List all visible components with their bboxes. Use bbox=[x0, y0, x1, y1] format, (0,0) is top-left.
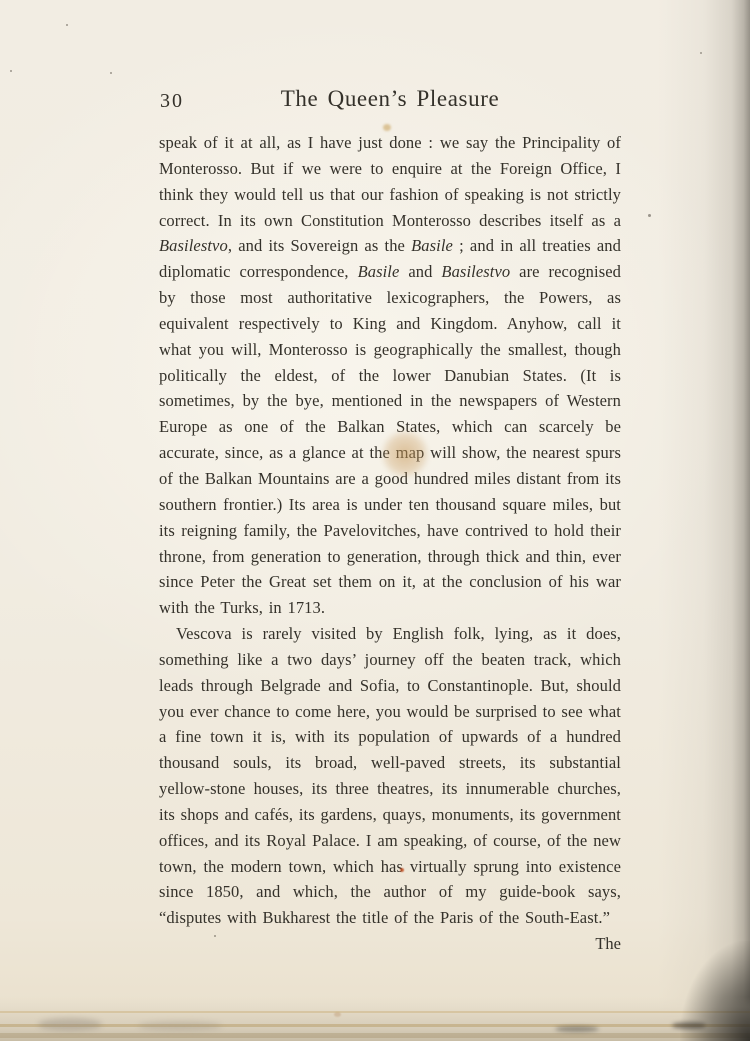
shadow-corner bbox=[680, 941, 750, 1041]
paper-speck bbox=[700, 52, 702, 54]
page-header: 30 The Queen’s Pleasure bbox=[159, 86, 621, 130]
edge-speck bbox=[334, 1012, 341, 1017]
italic-text: Basile bbox=[358, 262, 400, 281]
paper-speck bbox=[10, 70, 12, 72]
catchword: The bbox=[159, 931, 621, 957]
page-edge-bottom bbox=[0, 997, 750, 1041]
paragraph: speak of it at all, as I have just done … bbox=[159, 130, 621, 621]
paper-speck bbox=[648, 214, 651, 217]
body-text: and bbox=[399, 262, 441, 281]
italic-text: Basile bbox=[411, 236, 453, 255]
italic-text: Basilestvo bbox=[159, 236, 228, 255]
body-text: , and its Sovereign as the bbox=[228, 236, 411, 255]
page-surface: 30 The Queen’s Pleasure speak of it at a… bbox=[159, 86, 621, 957]
paragraph: Vescova is rarely visited by English fol… bbox=[159, 621, 621, 931]
text-block: speak of it at all, as I have just done … bbox=[159, 130, 621, 931]
page-number: 30 bbox=[160, 90, 184, 113]
paper-speck bbox=[110, 72, 112, 74]
page-edge-line bbox=[0, 1011, 750, 1013]
edge-smudge bbox=[672, 1022, 706, 1029]
edge-smudge bbox=[38, 1018, 102, 1031]
paper-speck bbox=[66, 24, 68, 26]
italic-text: Basilestvo bbox=[441, 262, 510, 281]
body-text: Vescova is rarely visited by English fol… bbox=[159, 624, 621, 927]
page-edge-line bbox=[0, 1033, 750, 1038]
body-text: speak of it at all, as I have just done … bbox=[159, 133, 621, 230]
book-page-scan: 30 The Queen’s Pleasure speak of it at a… bbox=[0, 0, 750, 1041]
edge-smudge bbox=[138, 1021, 222, 1031]
page-edge-right bbox=[658, 0, 750, 1041]
edge-smudge bbox=[555, 1026, 599, 1032]
page-edge-line bbox=[0, 1024, 750, 1027]
body-text: are recognised by those most authoritati… bbox=[159, 262, 621, 617]
running-title: The Queen’s Pleasure bbox=[159, 86, 621, 112]
